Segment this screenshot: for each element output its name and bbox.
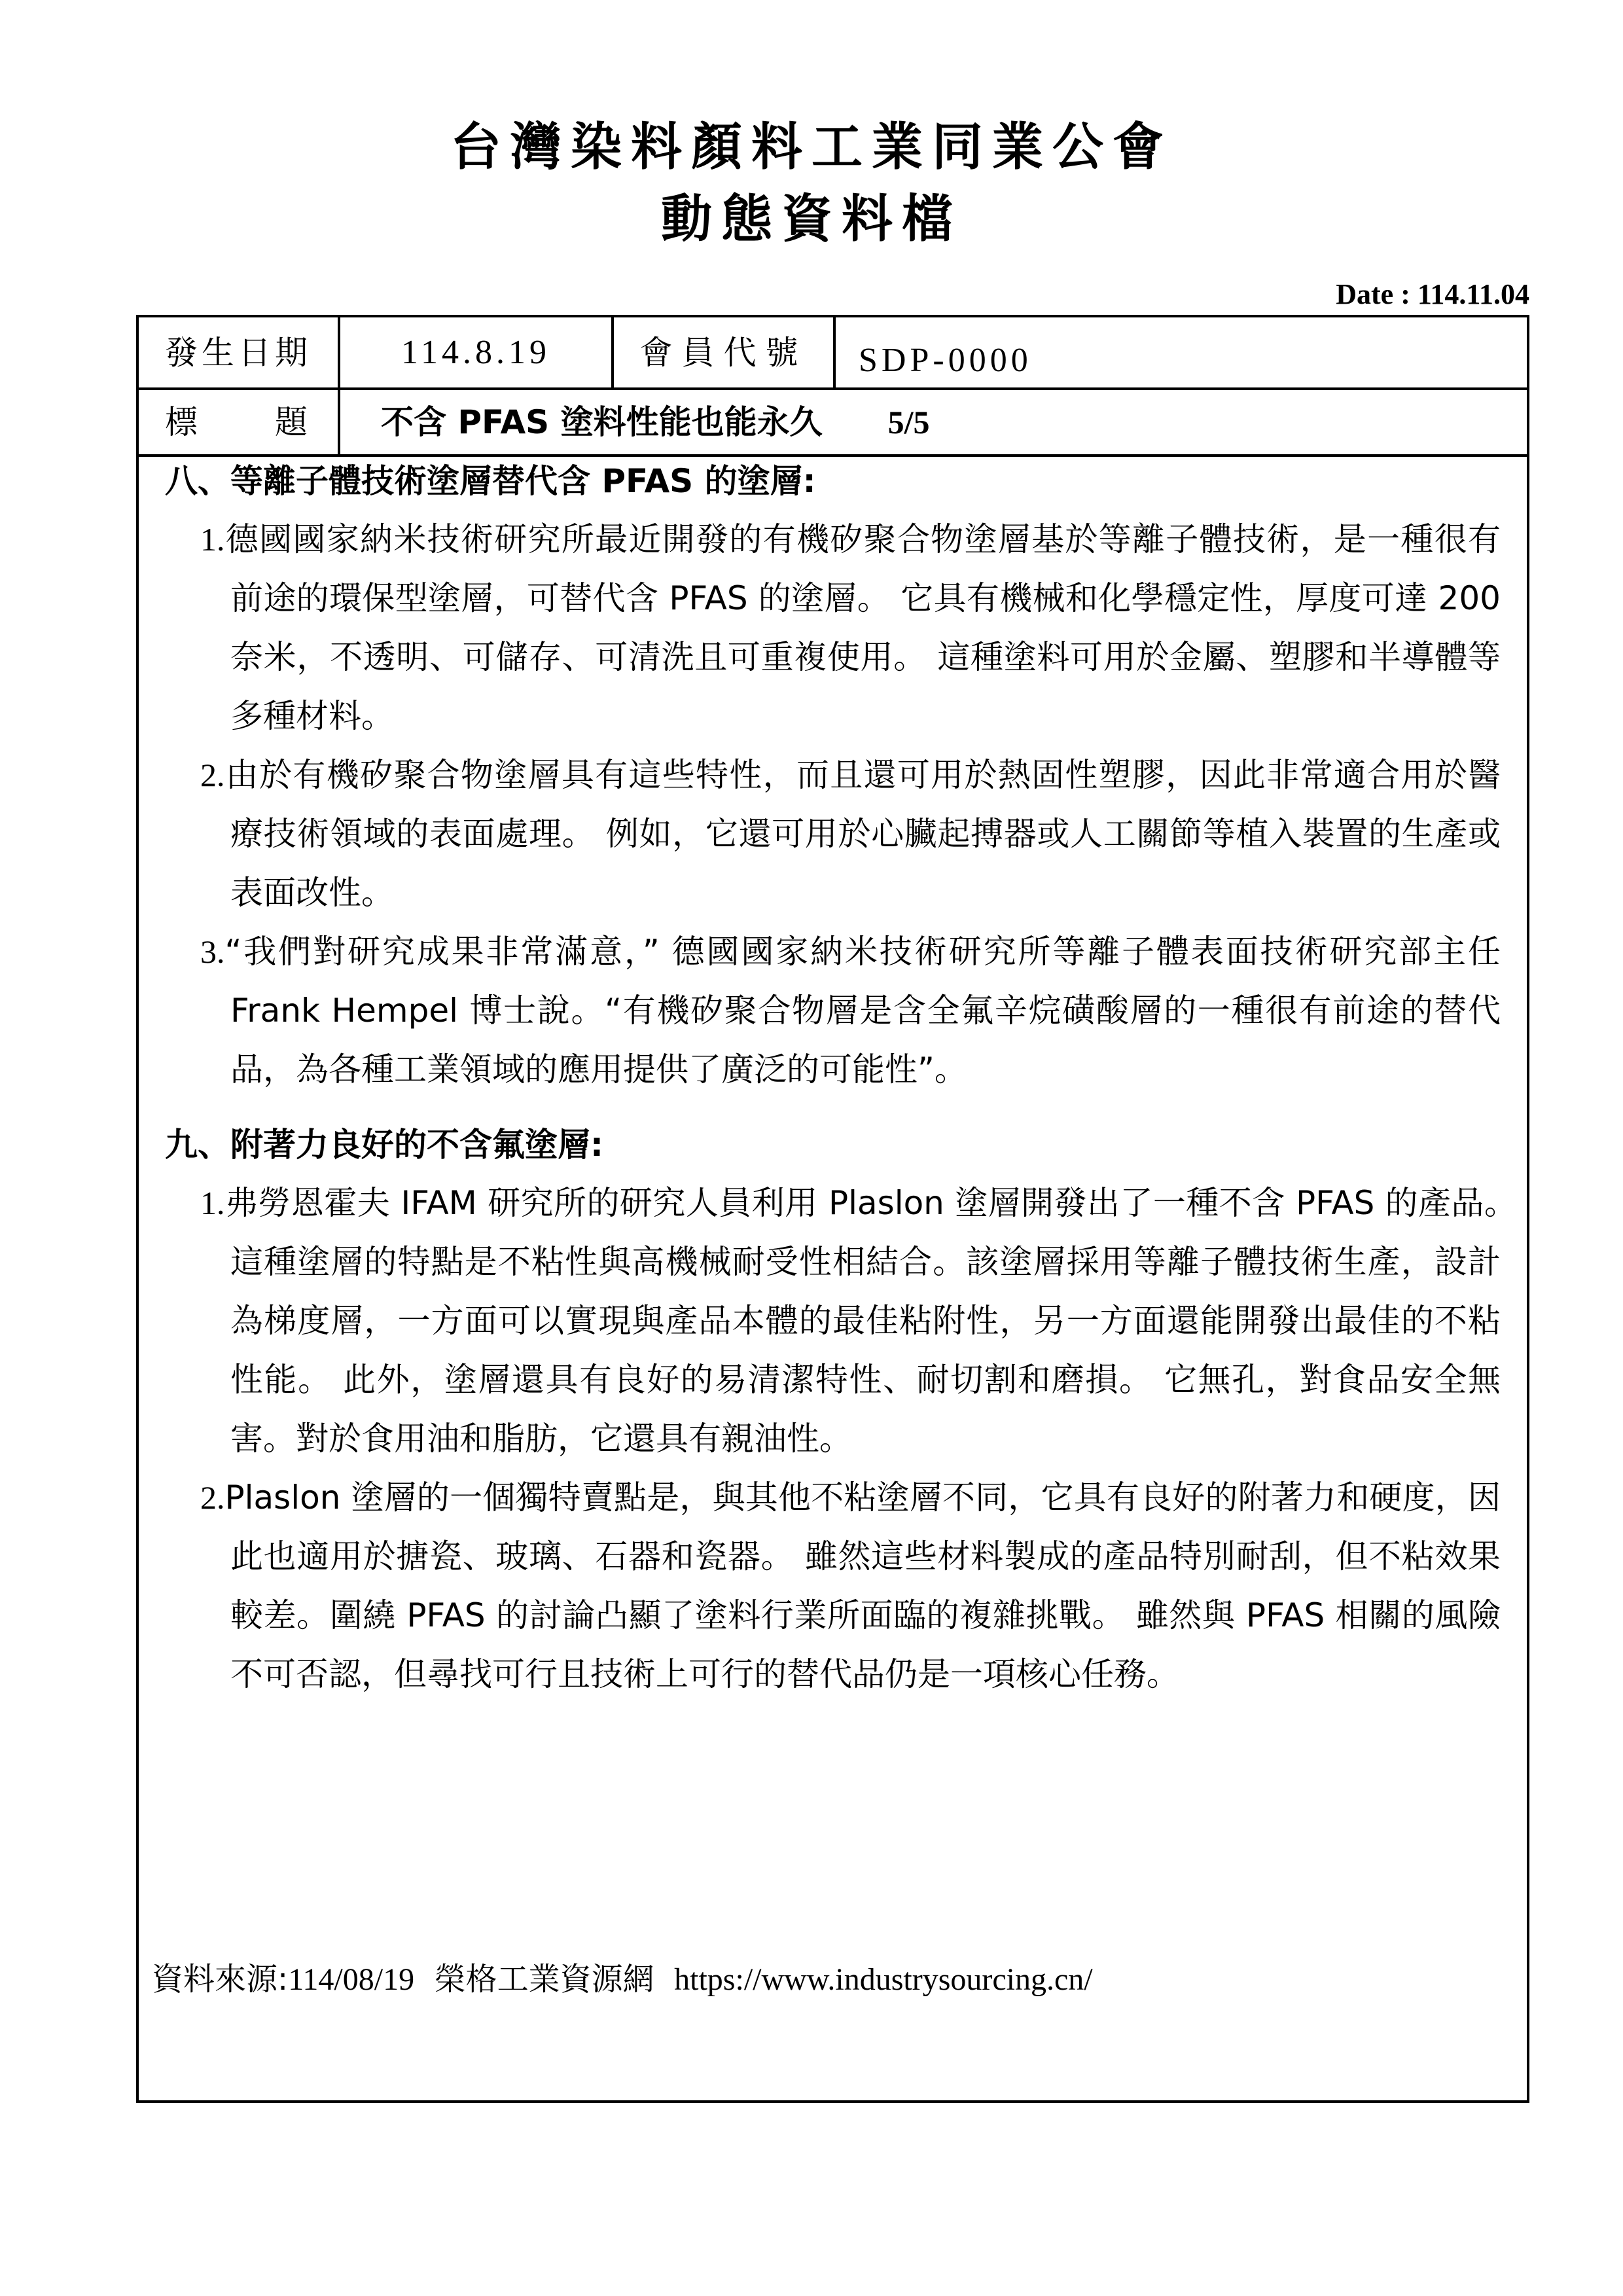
paragraph: 2.由於有機矽聚合物塗層具有這些特性，而且還可用於熱固性塑膠，因此非常適合用於醫… [165,745,1501,922]
source-date: 114/08/19 [288,1962,414,1997]
section-heading: 九、附著力良好的不含氟塗層: [165,1125,1501,1164]
organization-title: 台灣染料顏料工業同業公會 [0,115,1623,180]
body-content: 八、等離子體技術塗層替代含 PFAS 的塗層: 1.德國國家納米技術研究所最近開… [165,455,1501,1704]
paragraph-text: 由於有機矽聚合物塗層具有這些特性，而且還可用於熱固性塑膠，因此非常適合用於醫療技… [225,756,1501,912]
occurrence-date-value: 114.8.19 [340,317,611,387]
paragraph-number: 2. [200,757,225,793]
section-9: 九、附著力良好的不含氟塗層: 1.弗勞恩霍夫 IFAM 研究所的研究人員利用 P… [165,1125,1501,1704]
paragraph: 3.“我們對研究成果非常滿意，” 德國國家納米技術研究所等離子體表面技術研究部主… [165,922,1501,1099]
paragraph: 2.Plaslon 塗層的一個獨特賣點是，與其他不粘塗層不同，它具有良好的附著力… [165,1468,1501,1704]
source-publisher: 榮格工業資源網 [435,1961,654,1998]
paragraph-number: 1. [200,521,225,558]
document-type-title: 動態資料檔 [0,187,1623,252]
subject-row: 不含 PFAS 塗料性能也能永久 5/5 [381,390,930,454]
source-label: 資料來源: [152,1961,288,1998]
paragraph-number: 2. [200,1479,225,1516]
paragraph-text: 德國國家納米技術研究所最近開發的有機矽聚合物塗層基於等離子體技術，是一種很有前途… [225,520,1501,735]
paragraph: 1.弗勞恩霍夫 IFAM 研究所的研究人員利用 Plaslon 塗層開發出了一種… [165,1174,1501,1468]
section-heading: 八、等離子體技術塗層替代含 PFAS 的塗層: [165,461,1501,501]
subject-value: 不含 PFAS 塗料性能也能永久 [381,403,823,442]
paragraph: 1.德國國家納米技術研究所最近開發的有機矽聚合物塗層基於等離子體技術，是一種很有… [165,510,1501,745]
paragraph-text: “我們對研究成果非常滿意，” 德國國家納米技術研究所等離子體表面技術研究部主任 … [225,933,1501,1088]
document-date: Date : 114.11.04 [1336,278,1529,311]
document-frame: 發生日期 114.8.19 會員代號 SDP-0000 標 題 不含 PFAS … [136,315,1529,2103]
paragraph-text: 弗勞恩霍夫 IFAM 研究所的研究人員利用 Plaslon 塗層開發出了一種不含… [225,1184,1534,1458]
paragraph-number: 3. [200,933,225,970]
col-divider-member [833,317,836,387]
subject-label: 標 題 [139,390,338,454]
occurrence-date-label: 發生日期 [139,317,338,387]
paragraph-number: 1. [200,1185,225,1221]
source-citation: 資料來源:114/08/19 榮格工業資源網 https://www.indus… [152,1954,1093,1999]
section-8: 八、等離子體技術塗層替代含 PFAS 的塗層: 1.德國國家納米技術研究所最近開… [165,461,1501,1099]
page-indicator: 5/5 [888,403,930,442]
member-code-label: 會員代號 [614,317,833,387]
paragraph-text: Plaslon 塗層的一個獨特賣點是，與其他不粘塗層不同，它具有良好的附著力和硬… [225,1479,1501,1693]
member-code-value: SDP-0000 [859,325,1032,395]
source-url-link[interactable]: https://www.industrysourcing.cn/ [674,1962,1093,1997]
